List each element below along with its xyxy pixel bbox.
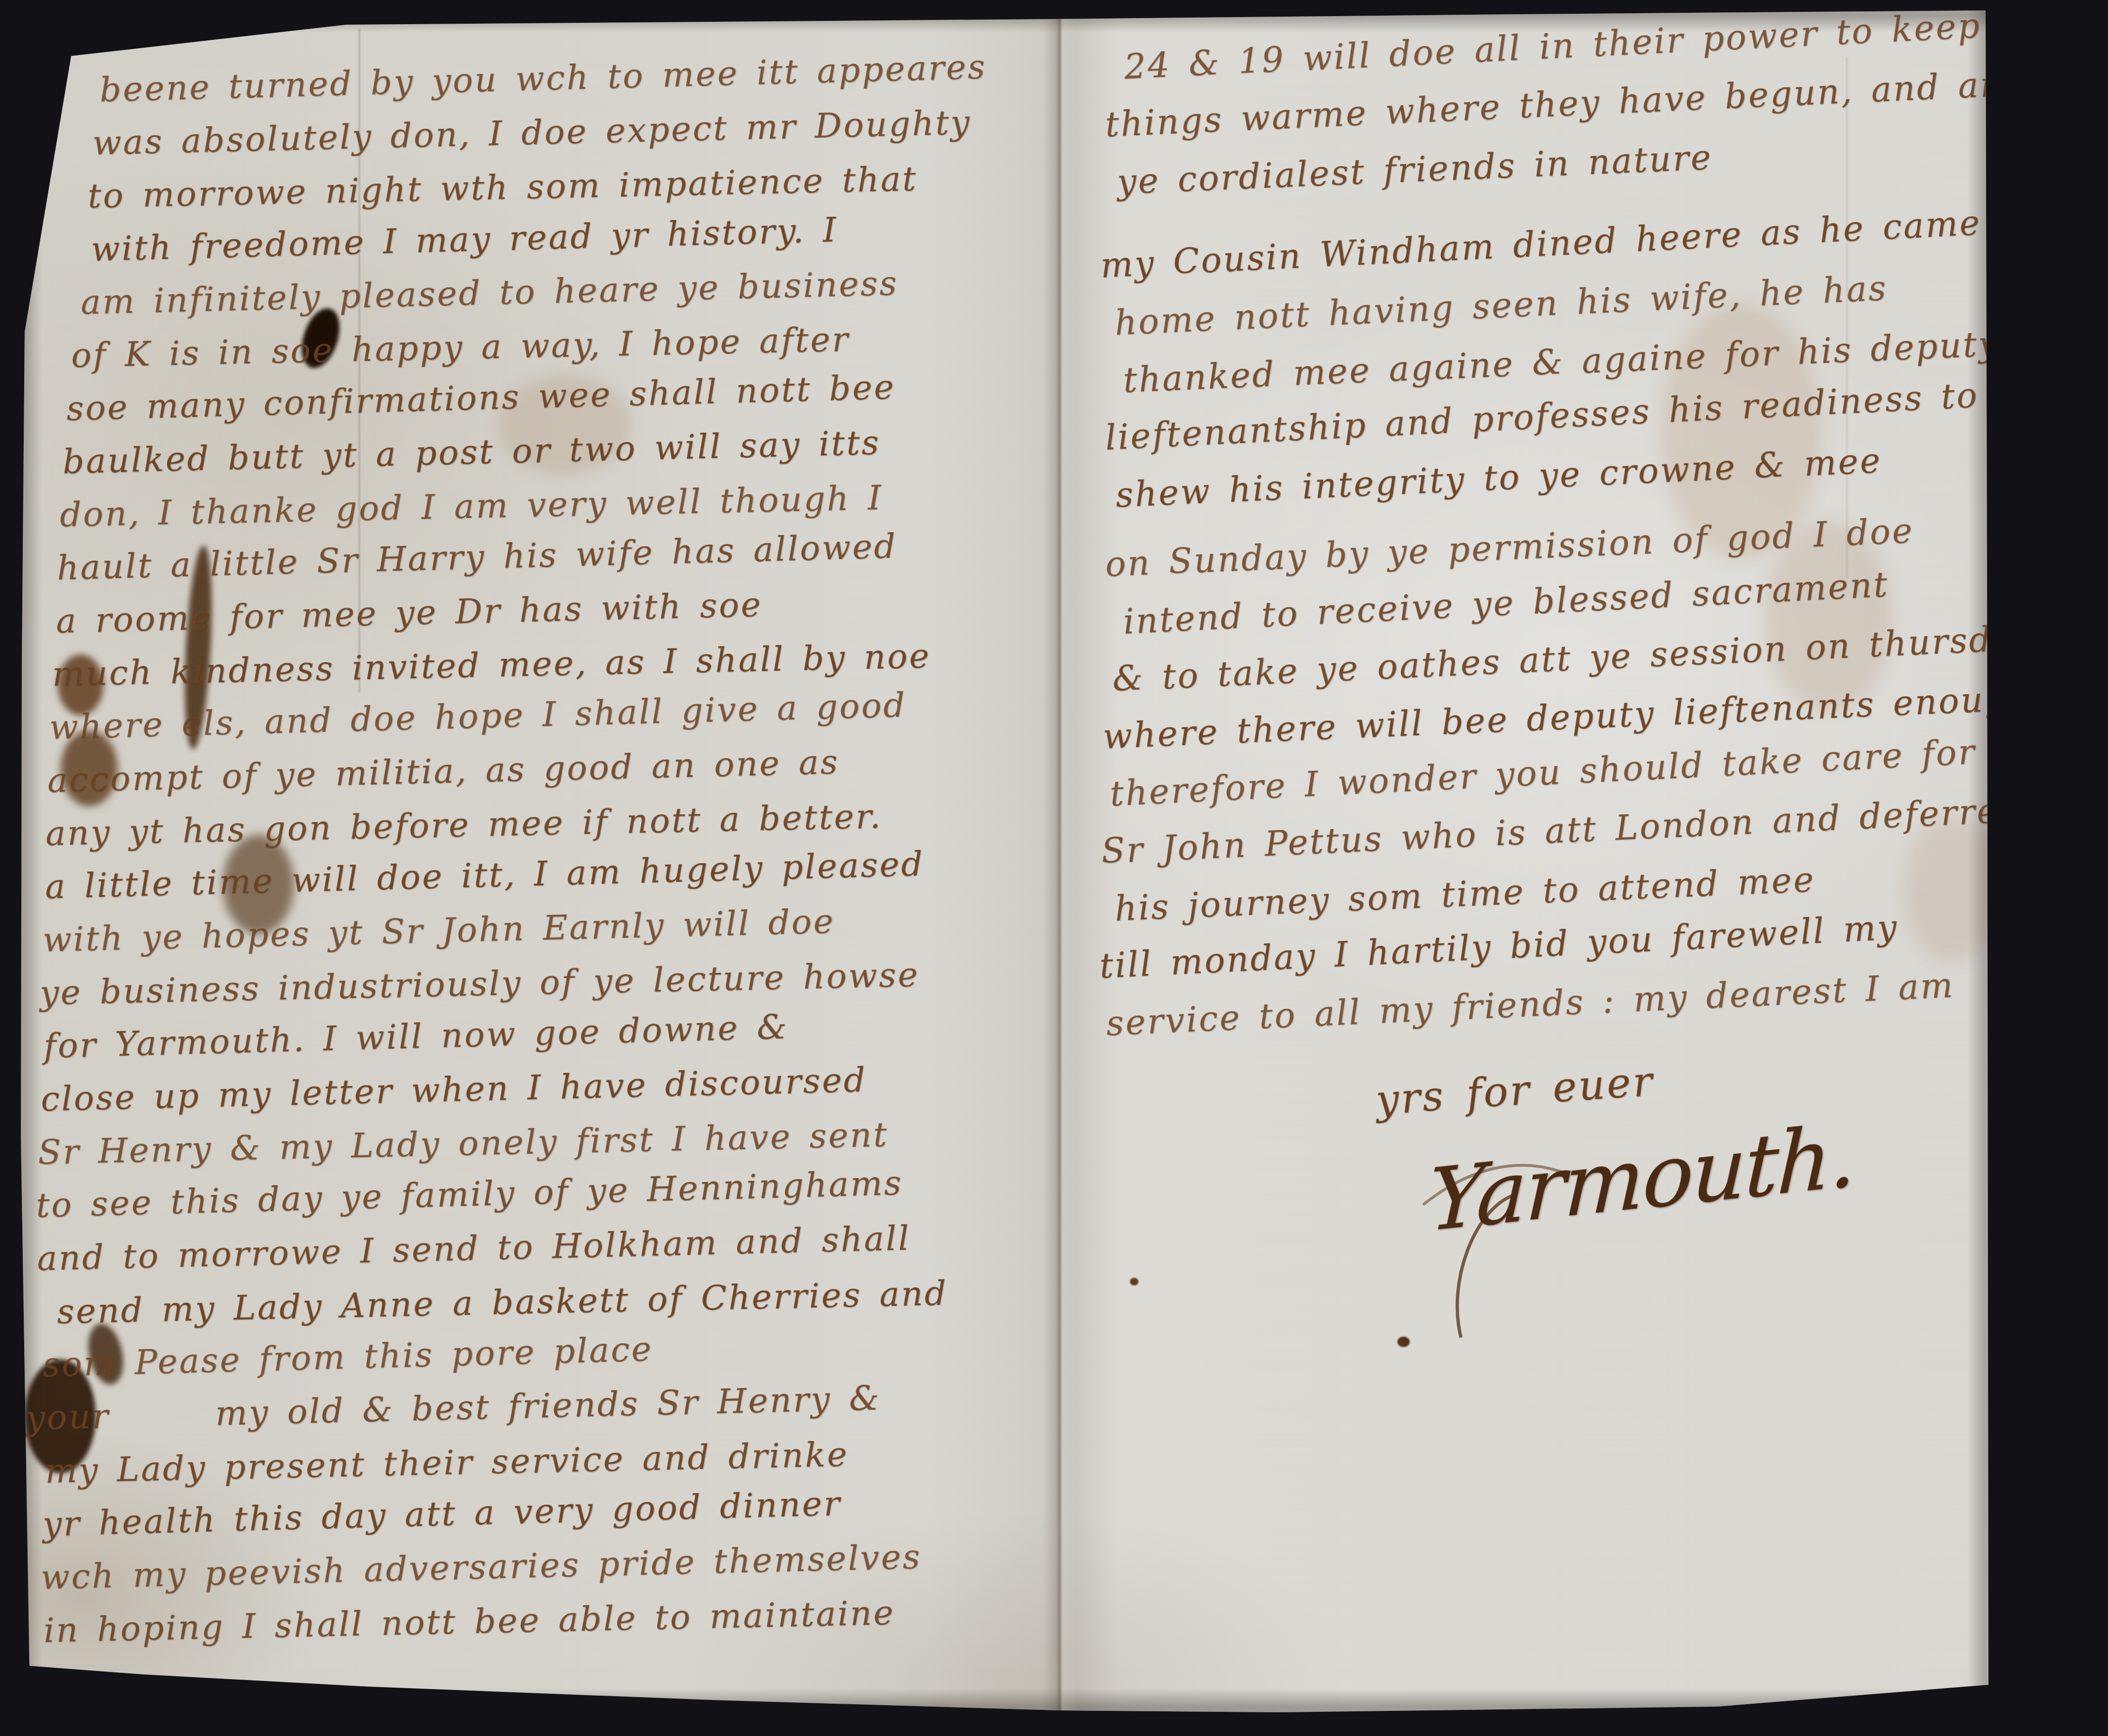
right-page: 24 & 19 will doe all in their power to k… (0, 0, 2108, 1736)
handwritten-line: home nott having seen his wife, he has (1114, 268, 1888, 343)
handwritten-line: shew his integrity to ye crowne & mee (1115, 441, 1883, 515)
photograph-background: beene turned by you wch to mee itt appea… (0, 0, 2108, 1736)
folio-number: 278 (1999, 50, 2059, 102)
handwritten-line: ye cordialest friends in nature (1116, 137, 1713, 202)
manuscript-paper: beene turned by you wch to mee itt appea… (0, 0, 2108, 1736)
